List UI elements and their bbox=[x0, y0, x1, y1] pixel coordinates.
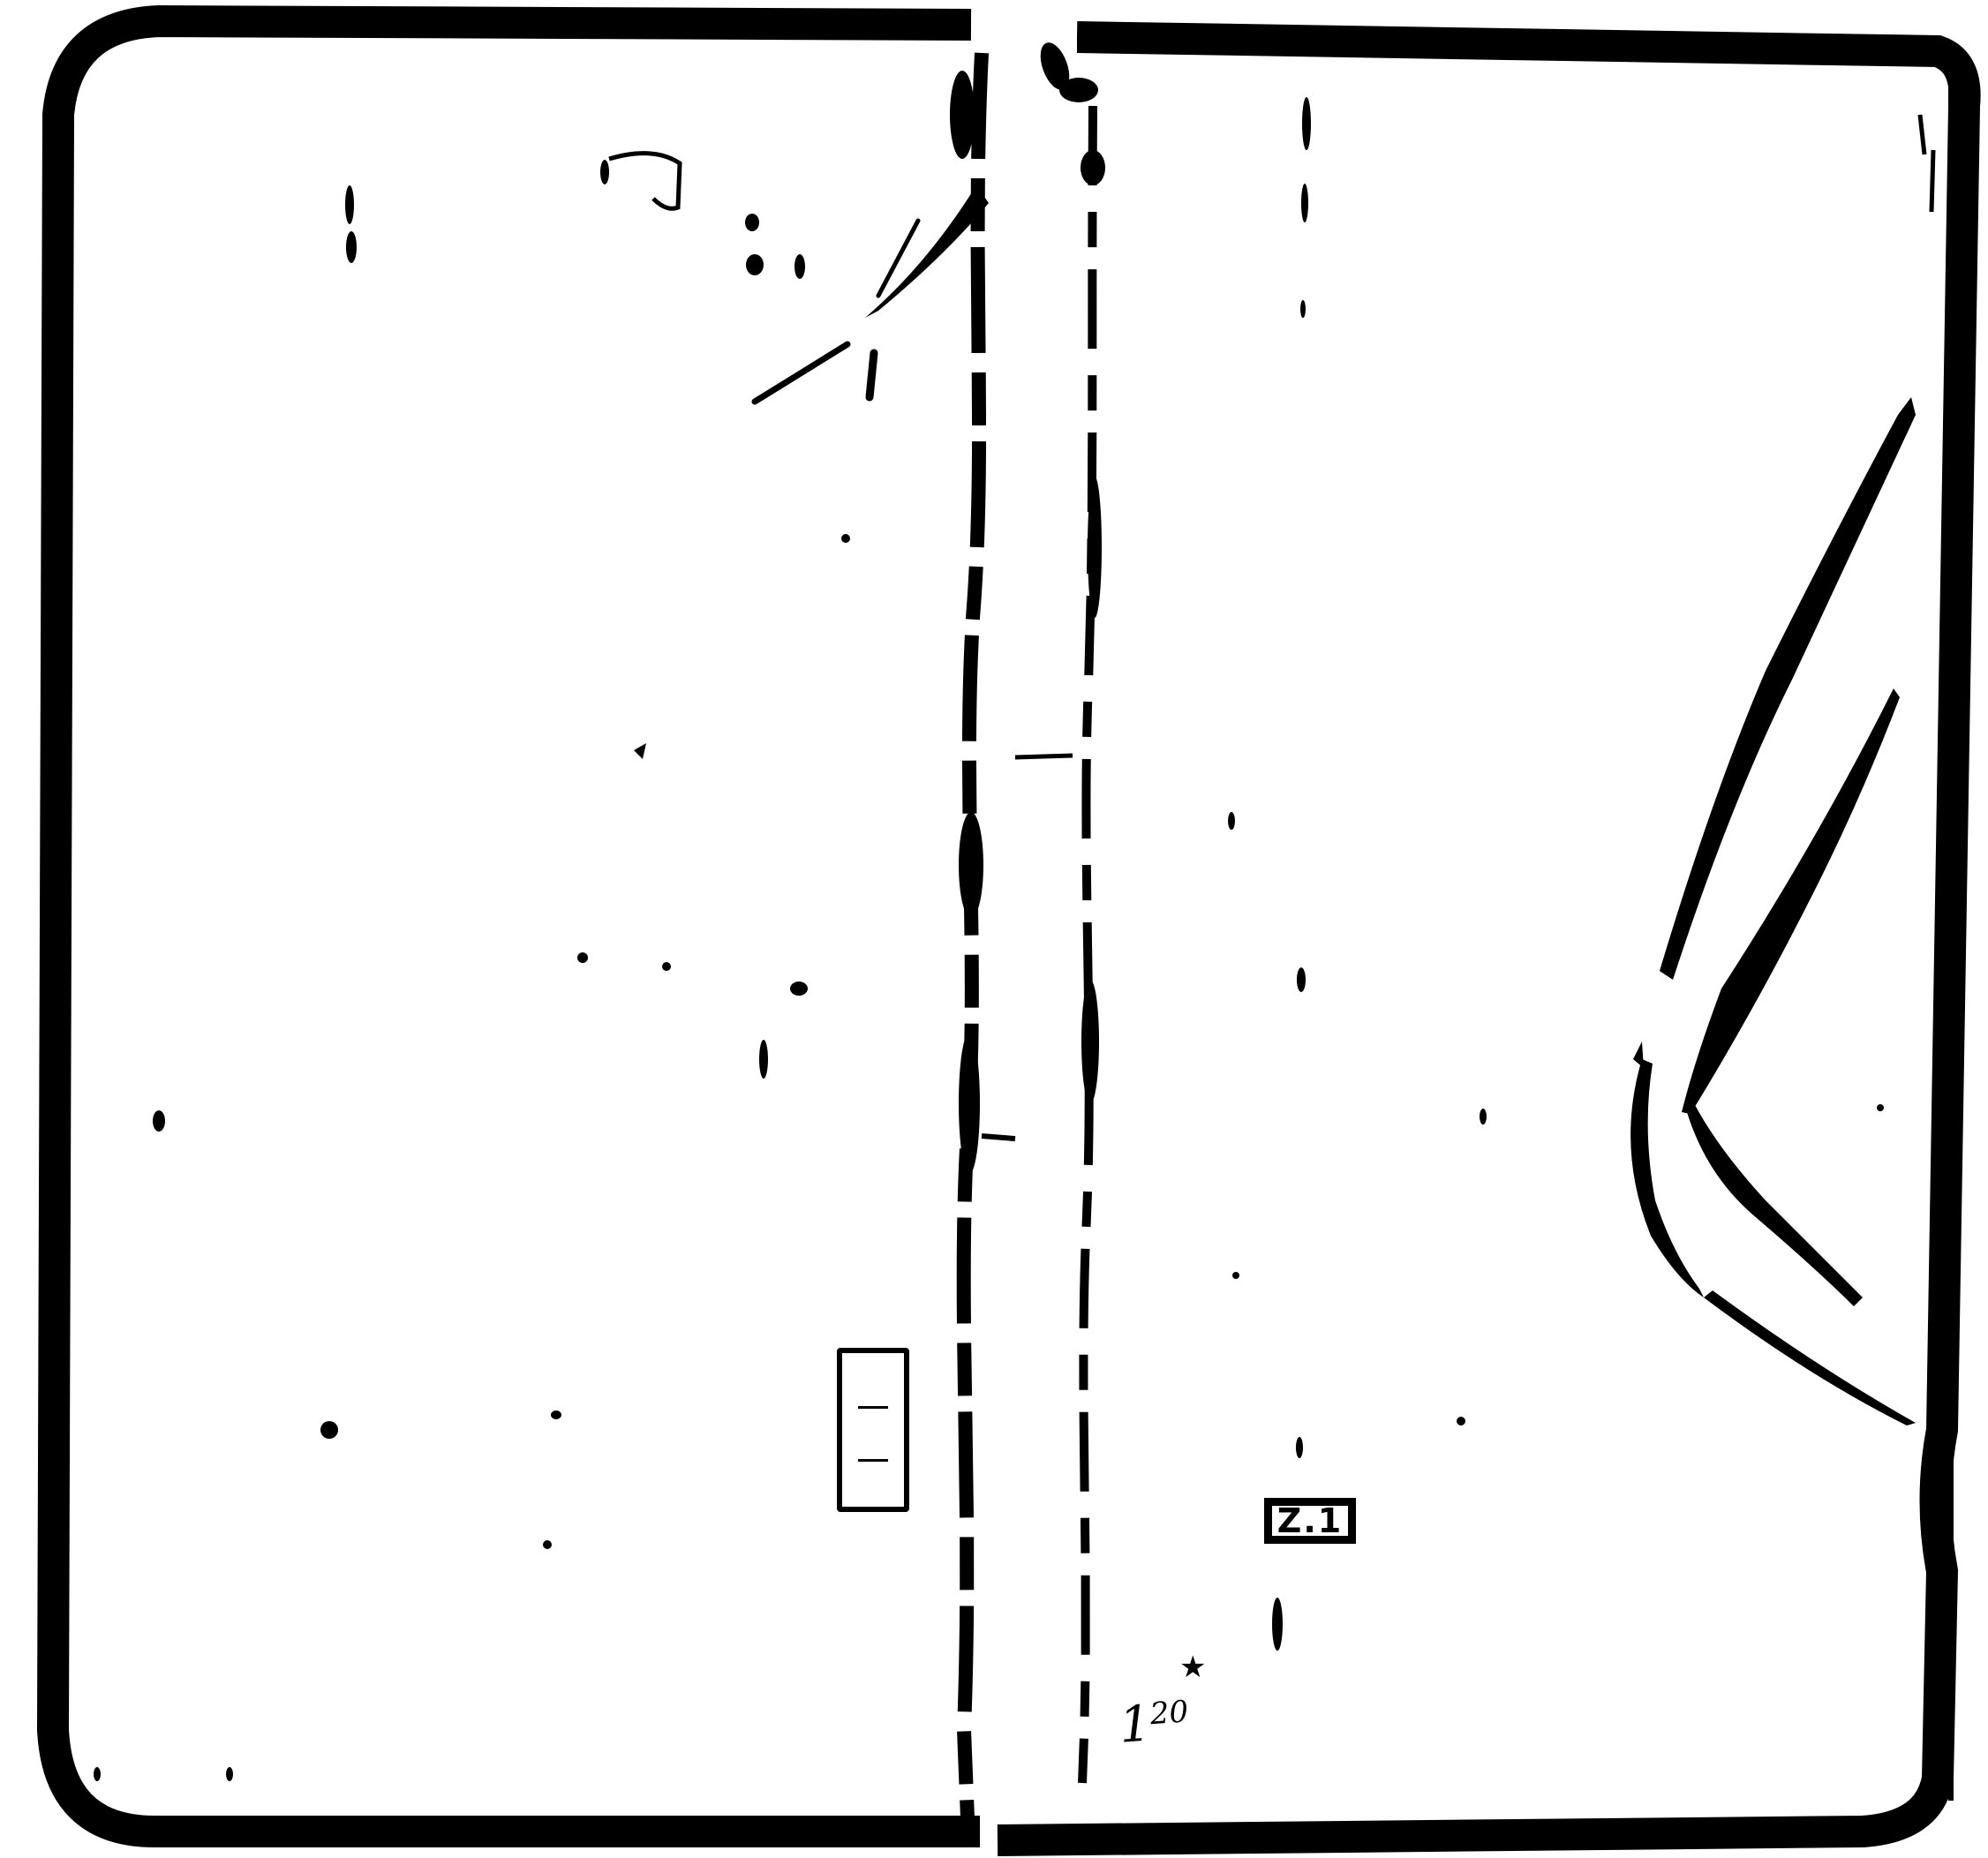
scanned-book-cover bbox=[0, 0, 1988, 1858]
scratch-mark bbox=[865, 185, 989, 318]
fold-crease-lower bbox=[1684, 1102, 1863, 1306]
spine-right-edge bbox=[1082, 106, 1093, 1783]
fold-crease-inner bbox=[1682, 688, 1900, 1114]
spine-left-edge bbox=[964, 53, 982, 1818]
handwritten-number-superscript: 20 bbox=[1148, 1694, 1189, 1732]
ink-specks-left bbox=[94, 154, 850, 1781]
handwritten-number-main: 1 bbox=[1118, 1695, 1153, 1754]
ink-specks-right bbox=[1228, 97, 1933, 1651]
seal-stamp bbox=[837, 1348, 909, 1512]
right-board-border bbox=[998, 37, 1965, 1840]
catalog-label: Z.1 bbox=[1264, 1498, 1356, 1544]
handwritten-number: 120 bbox=[1118, 1696, 1191, 1750]
left-board-border bbox=[53, 21, 980, 1832]
star-icon: ★ bbox=[1179, 1652, 1206, 1682]
